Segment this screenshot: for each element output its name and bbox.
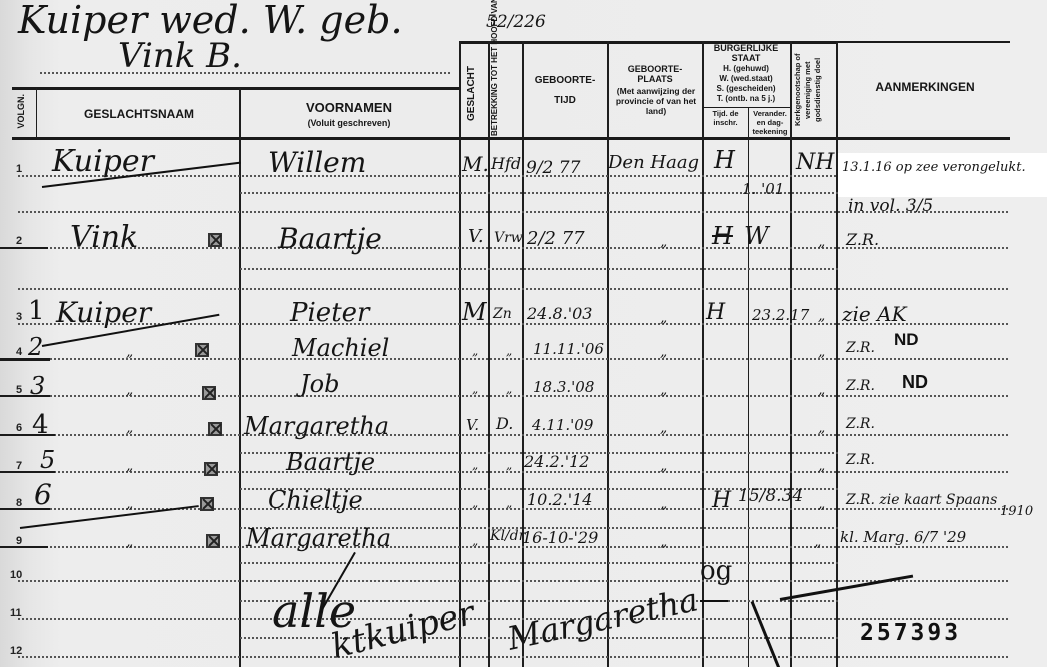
first-name: Margaretha	[246, 524, 391, 552]
birth-date: 4.11.'09	[532, 416, 593, 434]
birth-date: 24.2.'12	[524, 452, 589, 471]
checkbox-cross-icon	[202, 386, 216, 400]
header-top-rule-remarks	[838, 41, 1010, 43]
remarks-year: 1910	[1000, 504, 1033, 519]
surname: „	[126, 382, 133, 398]
religion: „	[818, 496, 825, 512]
header-geboorteplaats-2: PLAATS	[608, 74, 702, 84]
row-number-underline	[0, 395, 50, 397]
col-line-volgn	[36, 88, 37, 138]
birth-date: 24.8.'03	[527, 304, 592, 323]
col-line-betrekking	[522, 41, 524, 667]
row-number: 11	[10, 607, 22, 619]
annotation-bracket	[700, 600, 728, 602]
row-number: 12	[10, 645, 22, 657]
col-line-burgerlijke	[790, 41, 792, 667]
birth-place: „	[660, 382, 667, 398]
header-geslachtsnaam: GESLACHTSNAAM	[40, 107, 238, 121]
relation: „	[506, 382, 512, 396]
checkbox-cross-icon	[208, 233, 222, 247]
remarks: zie AK	[842, 302, 907, 326]
sex: „	[472, 458, 478, 472]
header-burgerlijke-s: S. (gescheiden)	[703, 84, 789, 93]
remarks: Z.R.	[846, 340, 875, 356]
sex: V.	[466, 416, 479, 434]
relation: Vrw	[494, 230, 523, 246]
birth-place: „	[660, 496, 667, 512]
checkbox-cross-icon	[195, 343, 209, 357]
relation: Kl/dr	[490, 528, 525, 544]
first-name: Willem	[268, 146, 366, 179]
birth-date: 11.11.'06	[533, 340, 604, 358]
sex: „	[472, 496, 478, 510]
surname: „	[126, 420, 133, 436]
header-betrekking-text: BETREKKING TOT HET HOOFD VAN HET GEZIN	[490, 0, 499, 136]
relation: „	[506, 458, 512, 472]
col-line-kerkgenootschap	[836, 41, 838, 667]
sex: M	[462, 298, 487, 326]
first-name: Margaretha	[244, 412, 389, 440]
family-registration-card: Kuiper wed. W. geb. Vink B. 52/226 VOLGN…	[0, 0, 1047, 667]
first-name: Pieter	[290, 298, 369, 328]
header-geboortetijd-1: GEBOORTE-	[523, 75, 607, 86]
col-line-geboortetijd	[607, 41, 609, 667]
birth-place: „	[660, 534, 667, 550]
row-number-underline	[0, 508, 50, 510]
row-number: 4	[16, 346, 22, 358]
handwritten-row-number: 6	[34, 478, 52, 511]
header-step-line	[459, 41, 461, 89]
handwritten-row-number: 2	[28, 333, 43, 361]
remarks-volume: in vol. 3/5	[848, 196, 933, 216]
civil-state: H	[706, 300, 725, 325]
sex: V.	[468, 226, 484, 247]
religion: „	[818, 344, 825, 360]
remarks: Z.R. zie kaart Spaans	[846, 492, 997, 508]
remarks-stamp: ND	[902, 372, 928, 393]
religion: „	[818, 234, 825, 250]
header-burgerlijke-title: BURGERLIJKE STAAT	[704, 43, 788, 63]
surname: „	[126, 496, 133, 512]
religion: „	[818, 382, 825, 398]
header-voornamen: VOORNAMEN	[240, 100, 458, 115]
row-number-underline	[0, 546, 48, 548]
remarks: Z.R.	[846, 230, 879, 249]
header-burgerlijke-h: H. (gehuwd)	[703, 64, 789, 73]
surname: „	[126, 344, 133, 360]
header-voornamen-sub: (Voluit geschreven)	[240, 118, 458, 128]
sex: „	[472, 382, 478, 396]
header-kerkgenootschap: Kerkgenootschap of vereeniging met godsd…	[793, 44, 835, 136]
relation: Hfd	[491, 154, 521, 173]
religion: „	[814, 534, 821, 550]
relation: „	[506, 344, 512, 358]
checkbox-cross-icon	[204, 462, 218, 476]
civil-change: 1. '01	[742, 180, 784, 198]
header-geslacht: GESLACHT	[466, 55, 477, 133]
checkbox-cross-icon	[206, 534, 220, 548]
header-bottom-rule	[12, 137, 1010, 140]
remarks-stamp: ND	[894, 330, 919, 350]
surname: Kuiper	[56, 296, 151, 329]
header-aanmerkingen: AANMERKINGEN	[840, 80, 1010, 94]
civil-state: H	[712, 488, 731, 513]
header-volgn: VOLGN.	[16, 94, 26, 129]
surname: Vink	[70, 220, 138, 255]
birth-date: 10.2.'14	[527, 490, 592, 509]
religion: „	[818, 458, 825, 474]
annotation-margaretha: Margaretha	[504, 580, 701, 657]
birth-date: 18.3.'08	[533, 378, 594, 396]
header-burgerlijke-w: W. (wed.staat)	[703, 74, 789, 83]
relation: Zn	[493, 306, 512, 322]
civil-state: H	[712, 222, 733, 250]
remarks: Z.R.	[846, 452, 875, 468]
sex: M.	[462, 152, 489, 176]
first-name: Machiel	[292, 334, 389, 362]
first-name: Chieltje	[268, 486, 363, 514]
row-number: 2	[16, 235, 22, 247]
birth-place: „	[660, 344, 667, 360]
civil-change: 15/8.34	[738, 486, 803, 506]
title-underline	[40, 72, 450, 74]
civil-change: W	[744, 222, 769, 250]
row-number: 1	[16, 163, 22, 175]
checkmark-right-stroke	[780, 575, 913, 601]
header-geboorteplaats-sub: (Met aanwijzing der provincie of van het…	[612, 86, 700, 116]
relation: „	[506, 496, 512, 510]
birth-place: „	[660, 310, 667, 326]
handwritten-row-number: 1	[28, 296, 45, 326]
birth-place: „	[660, 458, 667, 474]
civil-change: 23.2.17	[752, 306, 809, 324]
surname: „	[126, 458, 133, 474]
row-number-underline	[0, 247, 48, 249]
checkbox-cross-icon	[200, 497, 214, 511]
row-number: 3	[16, 311, 22, 323]
birth-place: „	[660, 234, 667, 250]
birth-date: 16-10-'29	[522, 528, 598, 547]
row-number: 10	[10, 569, 22, 581]
row-number-underline	[0, 471, 55, 473]
burgerlijke-sub-rule	[702, 107, 790, 108]
header-verander: Verander. en dag-teekening	[750, 109, 790, 136]
remarks: Z.R.	[846, 378, 875, 394]
serial-number: 257393	[860, 620, 961, 646]
birth-place: Den Haag	[608, 152, 699, 173]
header-geboortetijd-2: TIJD	[523, 95, 607, 106]
annotation-og: og	[700, 556, 732, 586]
religion: „	[818, 420, 825, 436]
handwritten-row-number: 5	[40, 446, 55, 474]
row-number-underline	[0, 434, 55, 436]
religion: „	[818, 308, 825, 324]
sex: „	[472, 534, 478, 548]
first-name: Baartje	[286, 448, 375, 476]
row-number: 6	[16, 422, 22, 434]
checkbox-cross-icon	[208, 422, 222, 436]
header-top-rule-left	[12, 87, 460, 90]
relation: D.	[496, 414, 513, 433]
birth-date: 2/2 77	[527, 228, 585, 249]
civil-state: H	[714, 146, 735, 174]
remarks-text: 13.1.16 op zee verongelukt.	[842, 160, 1026, 175]
header-betrekking: BETREKKING TOT HET HOOFD VAN HET GEZIN	[490, 44, 520, 136]
first-name: Baartje	[278, 222, 382, 255]
header-name-line2: Vink B.	[118, 36, 242, 76]
header-geboorteplaats-1: GEBOORTE-	[608, 64, 702, 74]
row-number-underline	[0, 358, 50, 361]
religion: NH	[796, 150, 834, 175]
remarks: 13.1.16 op zee verongelukt.	[842, 160, 1042, 175]
sex: „	[472, 344, 478, 358]
remarks: Z.R.	[846, 416, 875, 432]
birth-date: 9/2 77	[526, 158, 580, 178]
surname: „	[126, 534, 133, 550]
header-tijd-inschr: Tijd. de inschr.	[703, 109, 748, 127]
header-burgerlijke-t: T. (ontb. na 5 j.)	[703, 94, 789, 103]
first-name: Job	[300, 370, 339, 398]
remarks: kl. Marg. 6/7 '29	[840, 528, 966, 546]
birth-place: „	[660, 420, 667, 436]
